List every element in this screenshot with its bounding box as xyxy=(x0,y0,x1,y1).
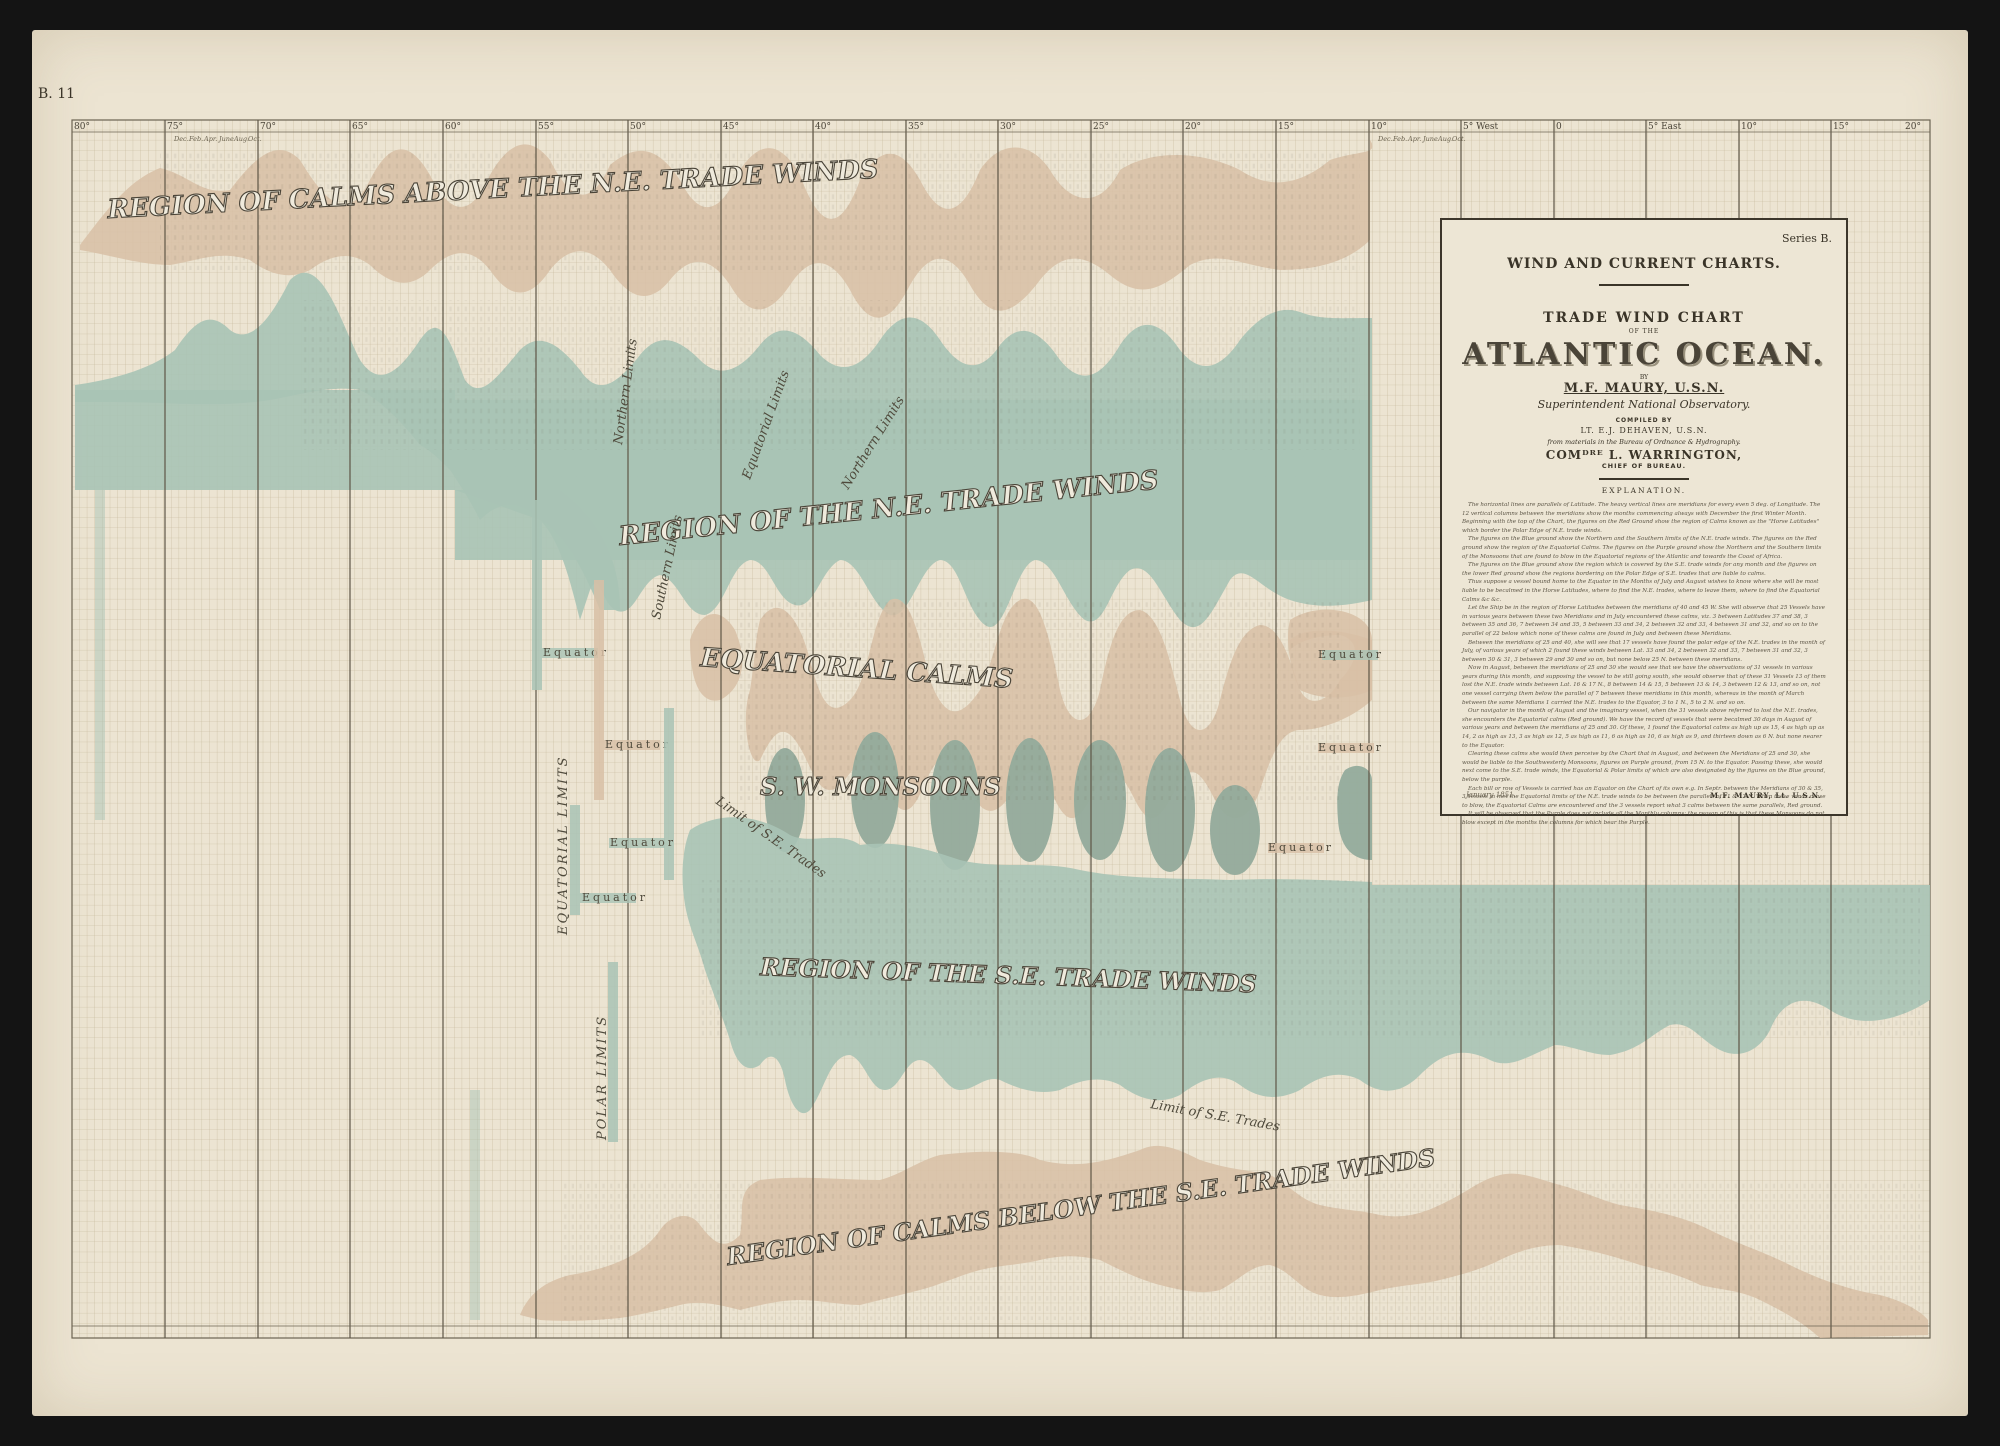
equator-label: Equator xyxy=(582,891,648,904)
explanation-paragraph: Now in August, between the meridians of … xyxy=(1462,664,1826,707)
meridian-label: 55° xyxy=(538,122,554,132)
explanation-paragraph: The horizontal lines are parallels of La… xyxy=(1462,501,1826,535)
explanation-paragraph: Clearing these calms she would then perc… xyxy=(1462,750,1826,784)
explanation-paragraph: Our navigator in the month of August and… xyxy=(1462,707,1826,750)
meridian-label: 10° xyxy=(1741,122,1757,132)
equator-label: Equator xyxy=(1318,741,1384,754)
publication-date: January 1851. xyxy=(1466,791,1516,800)
meridian-label: 25° xyxy=(1093,122,1109,132)
explanation-paragraph: Thus suppose a vessel bound home to the … xyxy=(1462,578,1826,604)
meridian-label: 50° xyxy=(630,122,646,132)
svg-text:Dec.: Dec. xyxy=(173,135,189,143)
meridian-label: 15° xyxy=(1278,122,1294,132)
meridian-label: 20° xyxy=(1905,122,1921,132)
materials-source: from materials in the Bureau of Ordnance… xyxy=(1456,438,1832,446)
meridian-label: 5° East xyxy=(1648,122,1682,132)
polar-limits-label: POLAR LIMITS xyxy=(595,1015,610,1141)
by-label: BY xyxy=(1456,374,1832,381)
meridian-label: 20° xyxy=(1185,122,1201,132)
svg-text:June: June xyxy=(1421,135,1438,143)
explanation-paragraph: It will be observed that the Purple does… xyxy=(1462,810,1826,827)
compiler-name: LT. E.J. DEHAVEN, U.S.N. xyxy=(1456,426,1832,435)
bureau-chief-name: COMᴰᴿᴱ L. WARRINGTON, xyxy=(1456,448,1832,462)
explanation-text: The horizontal lines are parallels of La… xyxy=(1456,501,1832,828)
svg-text:Apr.: Apr. xyxy=(1407,135,1421,143)
svg-text:Aug.: Aug. xyxy=(1437,135,1453,143)
meridian-label: 40° xyxy=(815,122,831,132)
meridian-label: 10° xyxy=(1371,122,1387,132)
chart-series-heading: WIND AND CURRENT CHARTS. xyxy=(1456,256,1832,272)
chart-title-main: ATLANTIC OCEAN. xyxy=(1456,337,1832,372)
svg-text:Dec.: Dec. xyxy=(1377,135,1393,143)
meridian-label: 35° xyxy=(908,122,924,132)
svg-text:Feb.: Feb. xyxy=(188,135,203,143)
equator-label: Equator xyxy=(1268,841,1334,854)
meridian-label: 30° xyxy=(1000,122,1016,132)
meridian-label: 75° xyxy=(167,122,183,132)
bureau-chief-title: CHIEF OF BUREAU. xyxy=(1456,462,1832,470)
equator-label: Equator xyxy=(1318,648,1384,661)
equator-label: Equator xyxy=(605,738,671,751)
svg-text:June: June xyxy=(217,135,234,143)
chart-title-line1: TRADE WIND CHART xyxy=(1456,310,1832,326)
explanation-paragraph: The figures on the Blue ground show the … xyxy=(1462,561,1826,578)
svg-text:Aug.: Aug. xyxy=(233,135,249,143)
svg-text:Oct.: Oct. xyxy=(248,135,262,143)
meridian-label: 5° West xyxy=(1463,122,1499,132)
explanation-paragraph: The figures on the Blue ground show the … xyxy=(1462,535,1826,561)
chart-title-of-the: OF THE xyxy=(1456,328,1832,335)
signature: M.F. MAURY, Lt. U.S.N. xyxy=(1710,791,1822,800)
equatorial-limits-label: EQUATORIAL LIMITS xyxy=(556,755,571,936)
meridian-label: 0 xyxy=(1556,122,1562,132)
meridian-label: 45° xyxy=(723,122,739,132)
svg-text:Apr.: Apr. xyxy=(203,135,217,143)
svg-text:Oct.: Oct. xyxy=(1452,135,1466,143)
divider xyxy=(1599,478,1689,480)
series-label: Series B. xyxy=(1782,232,1832,245)
meridian-label: 80° xyxy=(74,122,90,132)
explanation-heading: EXPLANATION. xyxy=(1456,486,1832,495)
explanation-paragraph: Let the Ship be in the region of Horse L… xyxy=(1462,604,1826,638)
title-cartouche: Series B. WIND AND CURRENT CHARTS. TRADE… xyxy=(1440,218,1848,816)
meridian-label: 65° xyxy=(352,122,368,132)
author-title: Superintendent National Observatory. xyxy=(1456,398,1832,411)
divider xyxy=(1599,284,1689,286)
explanation-paragraph: Between the meridians of 25 and 40, she … xyxy=(1462,639,1826,665)
meridian-label: 15° xyxy=(1833,122,1849,132)
label-sw-monsoons: S. W. MONSOONS xyxy=(760,772,1001,801)
equator-label: Equator xyxy=(610,836,676,849)
compiled-by-label: COMPILED BY xyxy=(1456,417,1832,424)
meridian-label: 70° xyxy=(260,122,276,132)
author-name: M.F. MAURY, U.S.N. xyxy=(1456,381,1832,396)
svg-text:Feb.: Feb. xyxy=(1392,135,1407,143)
cartouche-footer: January 1851. M.F. MAURY, Lt. U.S.N. xyxy=(1466,791,1822,800)
meridian-label: 60° xyxy=(445,122,461,132)
